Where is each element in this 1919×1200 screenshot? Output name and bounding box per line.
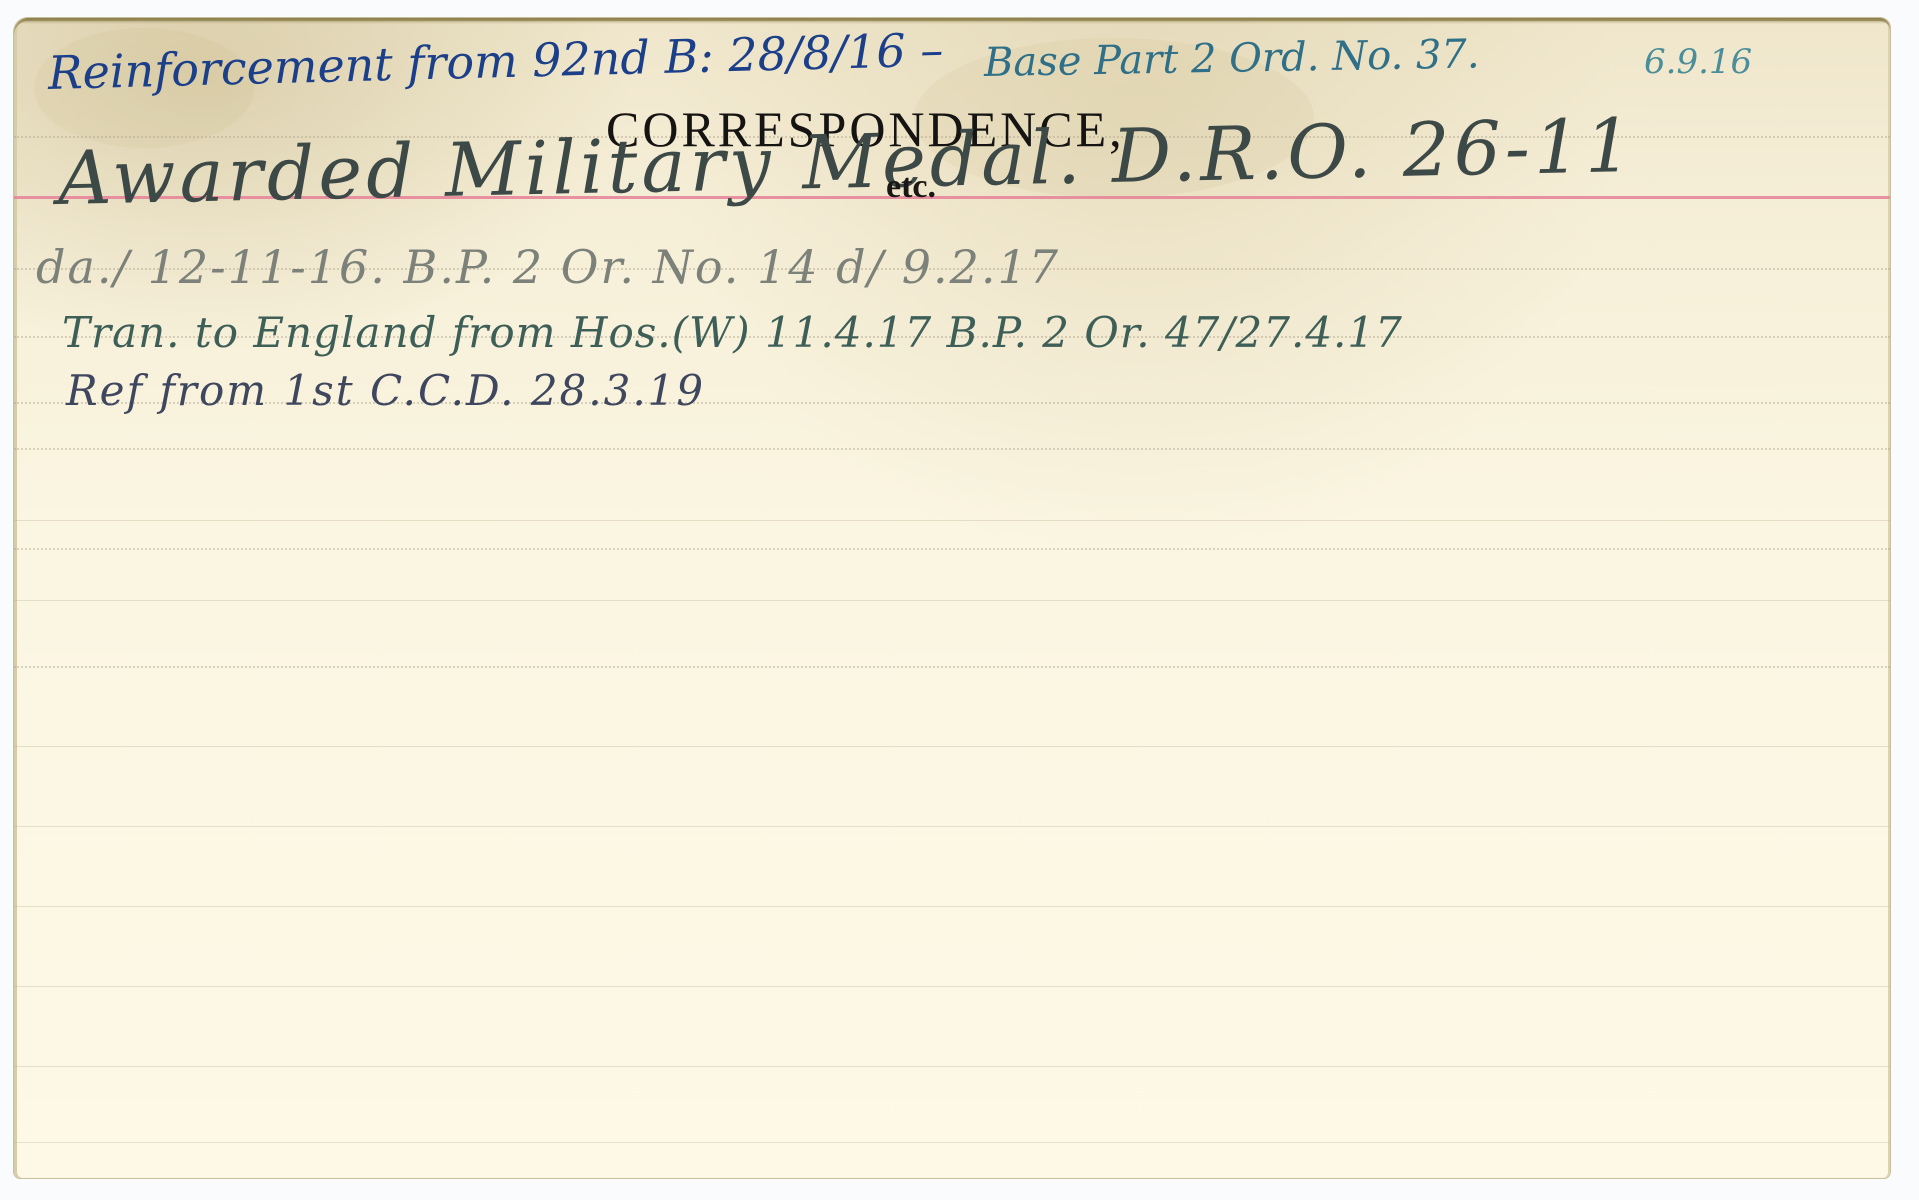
card-top-edge <box>14 18 1890 24</box>
ruled-line <box>14 520 1890 521</box>
ruled-line <box>14 826 1890 827</box>
page: CORRESPONDENCE, Reinforcement from 92nd … <box>0 0 1919 1200</box>
ruled-line <box>14 448 1890 450</box>
ruled-line <box>14 600 1890 601</box>
ruled-line <box>14 1142 1890 1143</box>
ruled-line <box>14 906 1890 907</box>
handwritten-rejoined-entry: Ref from 1st C.C.D. 28.3.19 <box>66 366 705 415</box>
ruled-line <box>14 548 1890 550</box>
ruled-line <box>14 1066 1890 1067</box>
ruled-line <box>14 986 1890 987</box>
handwritten-reinforcement-part2: Base Part 2 Ord. No. 37. <box>984 31 1480 86</box>
ruled-line <box>14 666 1890 668</box>
printed-heading-subtitle: etc. <box>886 168 936 206</box>
handwritten-transfer-entry: Tran. to England from Hos.(W) 11.4.17 B.… <box>62 308 1403 357</box>
handwritten-award-entry: Awarded Military Medal. D.R.O. 26-11 <box>57 103 1637 222</box>
handwritten-award-date-entry: da./ 12-11-16. B.P. 2 Or. No. 14 d/ 9.2.… <box>36 240 1060 294</box>
record-card: CORRESPONDENCE, Reinforcement from 92nd … <box>14 18 1890 1178</box>
ruled-line <box>14 746 1890 747</box>
handwritten-reinforcement-date: 6.9.16 <box>1644 42 1752 82</box>
